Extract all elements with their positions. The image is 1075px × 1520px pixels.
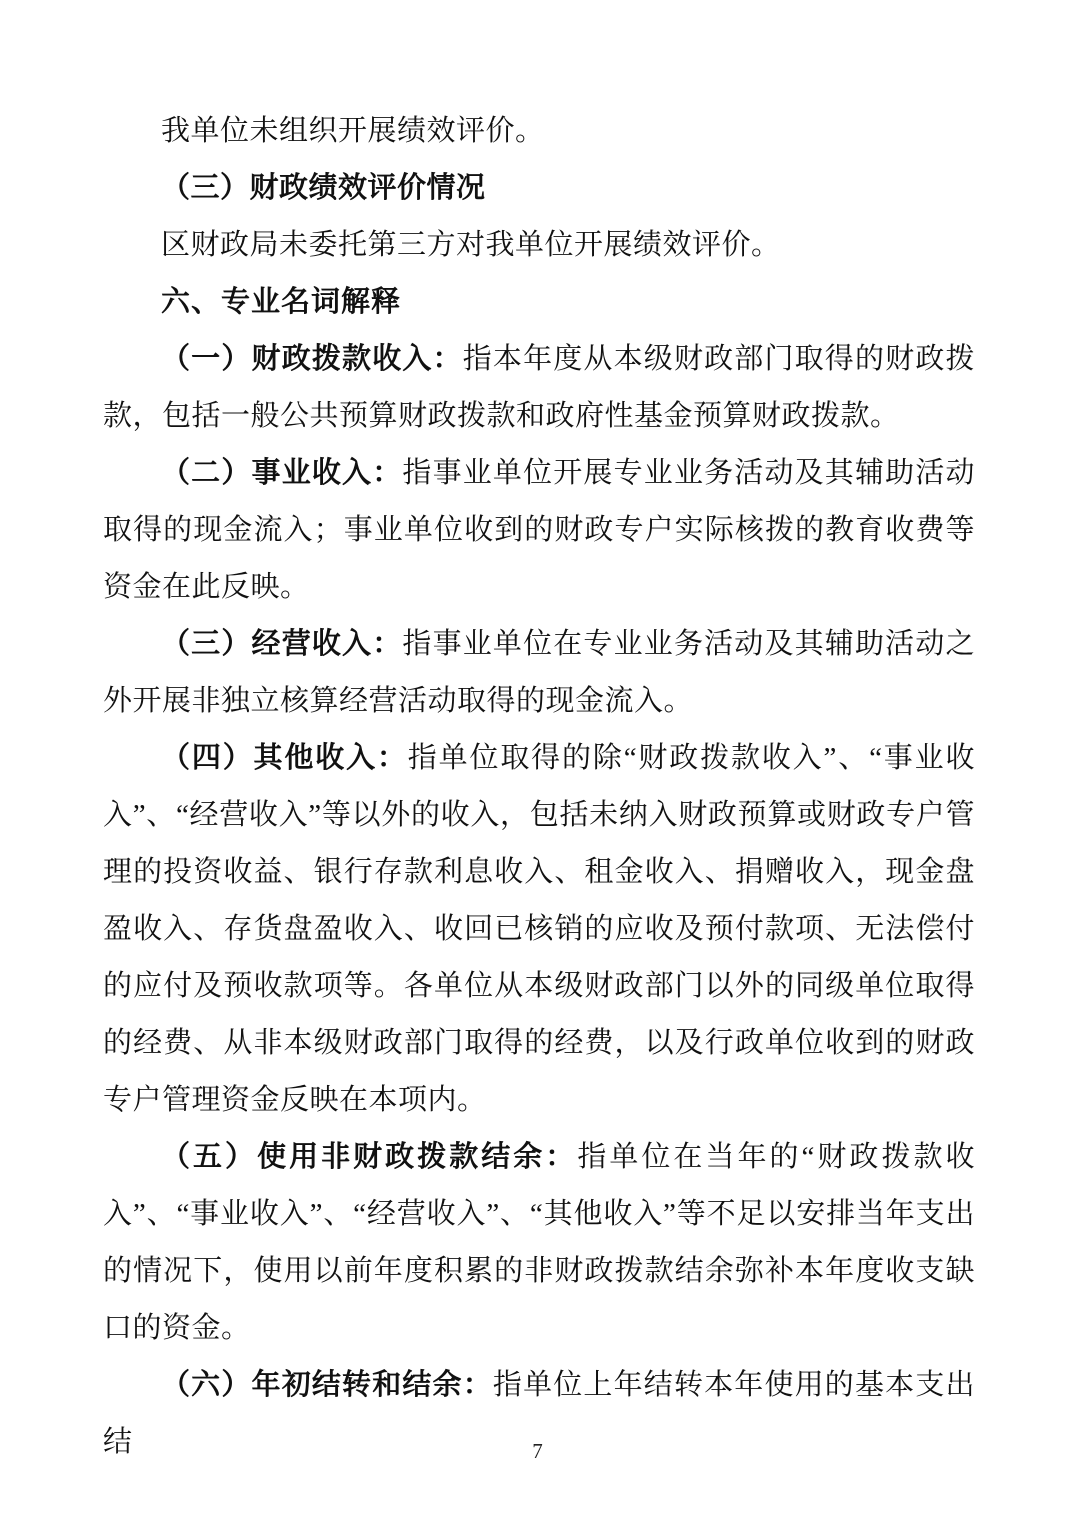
document-page: 我单位未组织开展绩效评价。 （三）财政绩效评价情况 区财政局未委托第三方对我单位… — [0, 0, 1075, 1520]
section-heading-terminology: 六、专业名词解释 — [103, 274, 975, 331]
definition-item-other-income: （四）其他收入：指单位取得的除“财政拨款收入”、“事业收入”、“经营收入”等以外… — [103, 730, 975, 1129]
definition-term: （四）其他收入： — [161, 742, 408, 774]
page-number: 7 — [0, 1436, 1075, 1466]
definition-item-fiscal-appropriation-income: （一）财政拨款收入：指本年度从本级财政部门取得的财政拨款，包括一般公共预算财政拨… — [103, 331, 975, 445]
definition-item-non-fiscal-surplus-use: （五）使用非财政拨款结余：指单位在当年的“财政拨款收入”、“事业收入”、“经营收… — [103, 1129, 975, 1357]
definition-term: （三）经营收入： — [161, 628, 402, 660]
paragraph-third-party-note: 区财政局未委托第三方对我单位开展绩效评价。 — [103, 217, 975, 274]
definition-description: 指单位取得的除“财政拨款收入”、“事业收入”、“经营收入”等以外的收入，包括未纳… — [103, 742, 975, 1116]
section-heading-fiscal-performance-eval: （三）财政绩效评价情况 — [103, 160, 975, 217]
definition-term: （六）年初结转和结余： — [161, 1369, 493, 1401]
page-content: 我单位未组织开展绩效评价。 （三）财政绩效评价情况 区财政局未委托第三方对我单位… — [103, 103, 975, 1471]
definition-item-business-income: （三）经营收入：指事业单位在专业业务活动及其辅助活动之外开展非独立核算经营活动取… — [103, 616, 975, 730]
paragraph-self-eval-note: 我单位未组织开展绩效评价。 — [103, 103, 975, 160]
definition-term: （五）使用非财政拨款结余： — [161, 1141, 577, 1173]
definition-term: （一）财政拨款收入： — [161, 343, 463, 375]
definition-term: （二）事业收入： — [161, 457, 402, 489]
definition-item-operating-unit-income: （二）事业收入：指事业单位开展专业业务活动及其辅助活动取得的现金流入；事业单位收… — [103, 445, 975, 616]
